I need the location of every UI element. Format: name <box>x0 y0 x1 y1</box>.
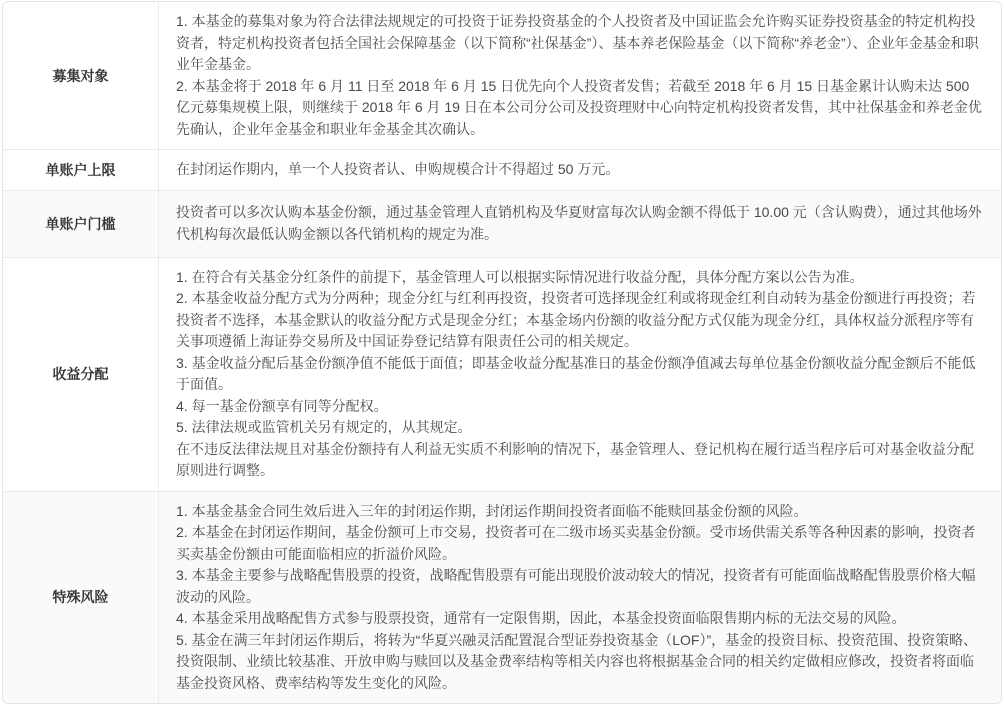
table-row-fundraising-target: 募集对象 1. 本基金的募集对象为符合法律法规规定的可投资于证券投资基金的个人投… <box>3 2 1001 149</box>
row-label: 特殊风险 <box>3 492 159 704</box>
paragraph: 4. 每一基金份额享有同等分配权。 <box>176 396 985 418</box>
paragraph: 在封闭运作期内，单一个人投资者认、申购规模合计不得超过 50 万元。 <box>176 159 985 181</box>
table-row-single-account-cap: 单账户上限 在封闭运作期内，单一个人投资者认、申购规模合计不得超过 50 万元。 <box>3 149 1001 190</box>
paragraph: 3. 基金收益分配后基金份额净值不能低于面值；即基金收益分配基准日的基金份额净值… <box>176 353 985 396</box>
table-row-income-distribution: 收益分配 1. 在符合有关基金分红条件的前提下，基金管理人可以根据实际情况进行收… <box>3 257 1001 491</box>
table-row-single-account-threshold: 单账户门槛 投资者可以多次认购本基金份额，通过基金管理人直销机构及华夏财富每次认… <box>3 190 1001 257</box>
paragraph: 1. 本基金的募集对象为符合法律法规规定的可投资于证券投资基金的个人投资者及中国… <box>176 11 985 76</box>
paragraph: 1. 在符合有关基金分红条件的前提下，基金管理人可以根据实际情况进行收益分配，具… <box>176 267 985 289</box>
paragraph: 4. 本基金采用战略配售方式参与股票投资，通常有一定限售期，因此，本基金投资面临… <box>176 608 985 630</box>
paragraph: 在不违反法律法规且对基金份额持有人利益无实质不利影响的情况下，基金管理人、登记机… <box>176 439 985 482</box>
row-content: 1. 在符合有关基金分红条件的前提下，基金管理人可以根据实际情况进行收益分配，具… <box>159 258 1001 491</box>
row-label: 单账户门槛 <box>3 191 159 257</box>
row-content: 1. 本基金基金合同生效后进入三年的封闭运作期，封闭运作期间投资者面临不能赎回基… <box>159 492 1001 704</box>
paragraph: 2. 本基金在封闭运作期间，基金份额可上市交易，投资者可在二级市场买卖基金份额。… <box>176 522 985 565</box>
paragraph: 2. 本基金将于 2018 年 6 月 11 日至 2018 年 6 月 15 … <box>176 76 985 141</box>
row-content: 投资者可以多次认购本基金份额，通过基金管理人直销机构及华夏财富每次认购金额不得低… <box>159 191 1001 257</box>
row-content: 1. 本基金的募集对象为符合法律法规规定的可投资于证券投资基金的个人投资者及中国… <box>159 2 1001 149</box>
paragraph: 2. 本基金收益分配方式为分两种；现金分红与红利再投资，投资者可选择现金红利或将… <box>176 288 985 353</box>
row-content: 在封闭运作期内，单一个人投资者认、申购规模合计不得超过 50 万元。 <box>159 150 1001 190</box>
row-label: 单账户上限 <box>3 150 159 190</box>
row-label: 募集对象 <box>3 2 159 149</box>
table-row-special-risks: 特殊风险 1. 本基金基金合同生效后进入三年的封闭运作期，封闭运作期间投资者面临… <box>3 491 1001 704</box>
paragraph: 投资者可以多次认购本基金份额，通过基金管理人直销机构及华夏财富每次认购金额不得低… <box>176 202 985 245</box>
paragraph: 1. 本基金基金合同生效后进入三年的封闭运作期，封闭运作期间投资者面临不能赎回基… <box>176 501 985 523</box>
row-label: 收益分配 <box>3 258 159 491</box>
paragraph: 5. 法律法规或监管机关另有规定的，从其规定。 <box>176 417 985 439</box>
fund-info-table: 募集对象 1. 本基金的募集对象为符合法律法规规定的可投资于证券投资基金的个人投… <box>2 1 1002 704</box>
paragraph: 3. 本基金主要参与战略配售股票的投资，战略配售股票有可能出现股价波动较大的情况… <box>176 565 985 608</box>
paragraph: 5. 基金在满三年封闭运作期后，将转为“华夏兴融灵活配置混合型证券投资基金（LO… <box>176 630 985 695</box>
